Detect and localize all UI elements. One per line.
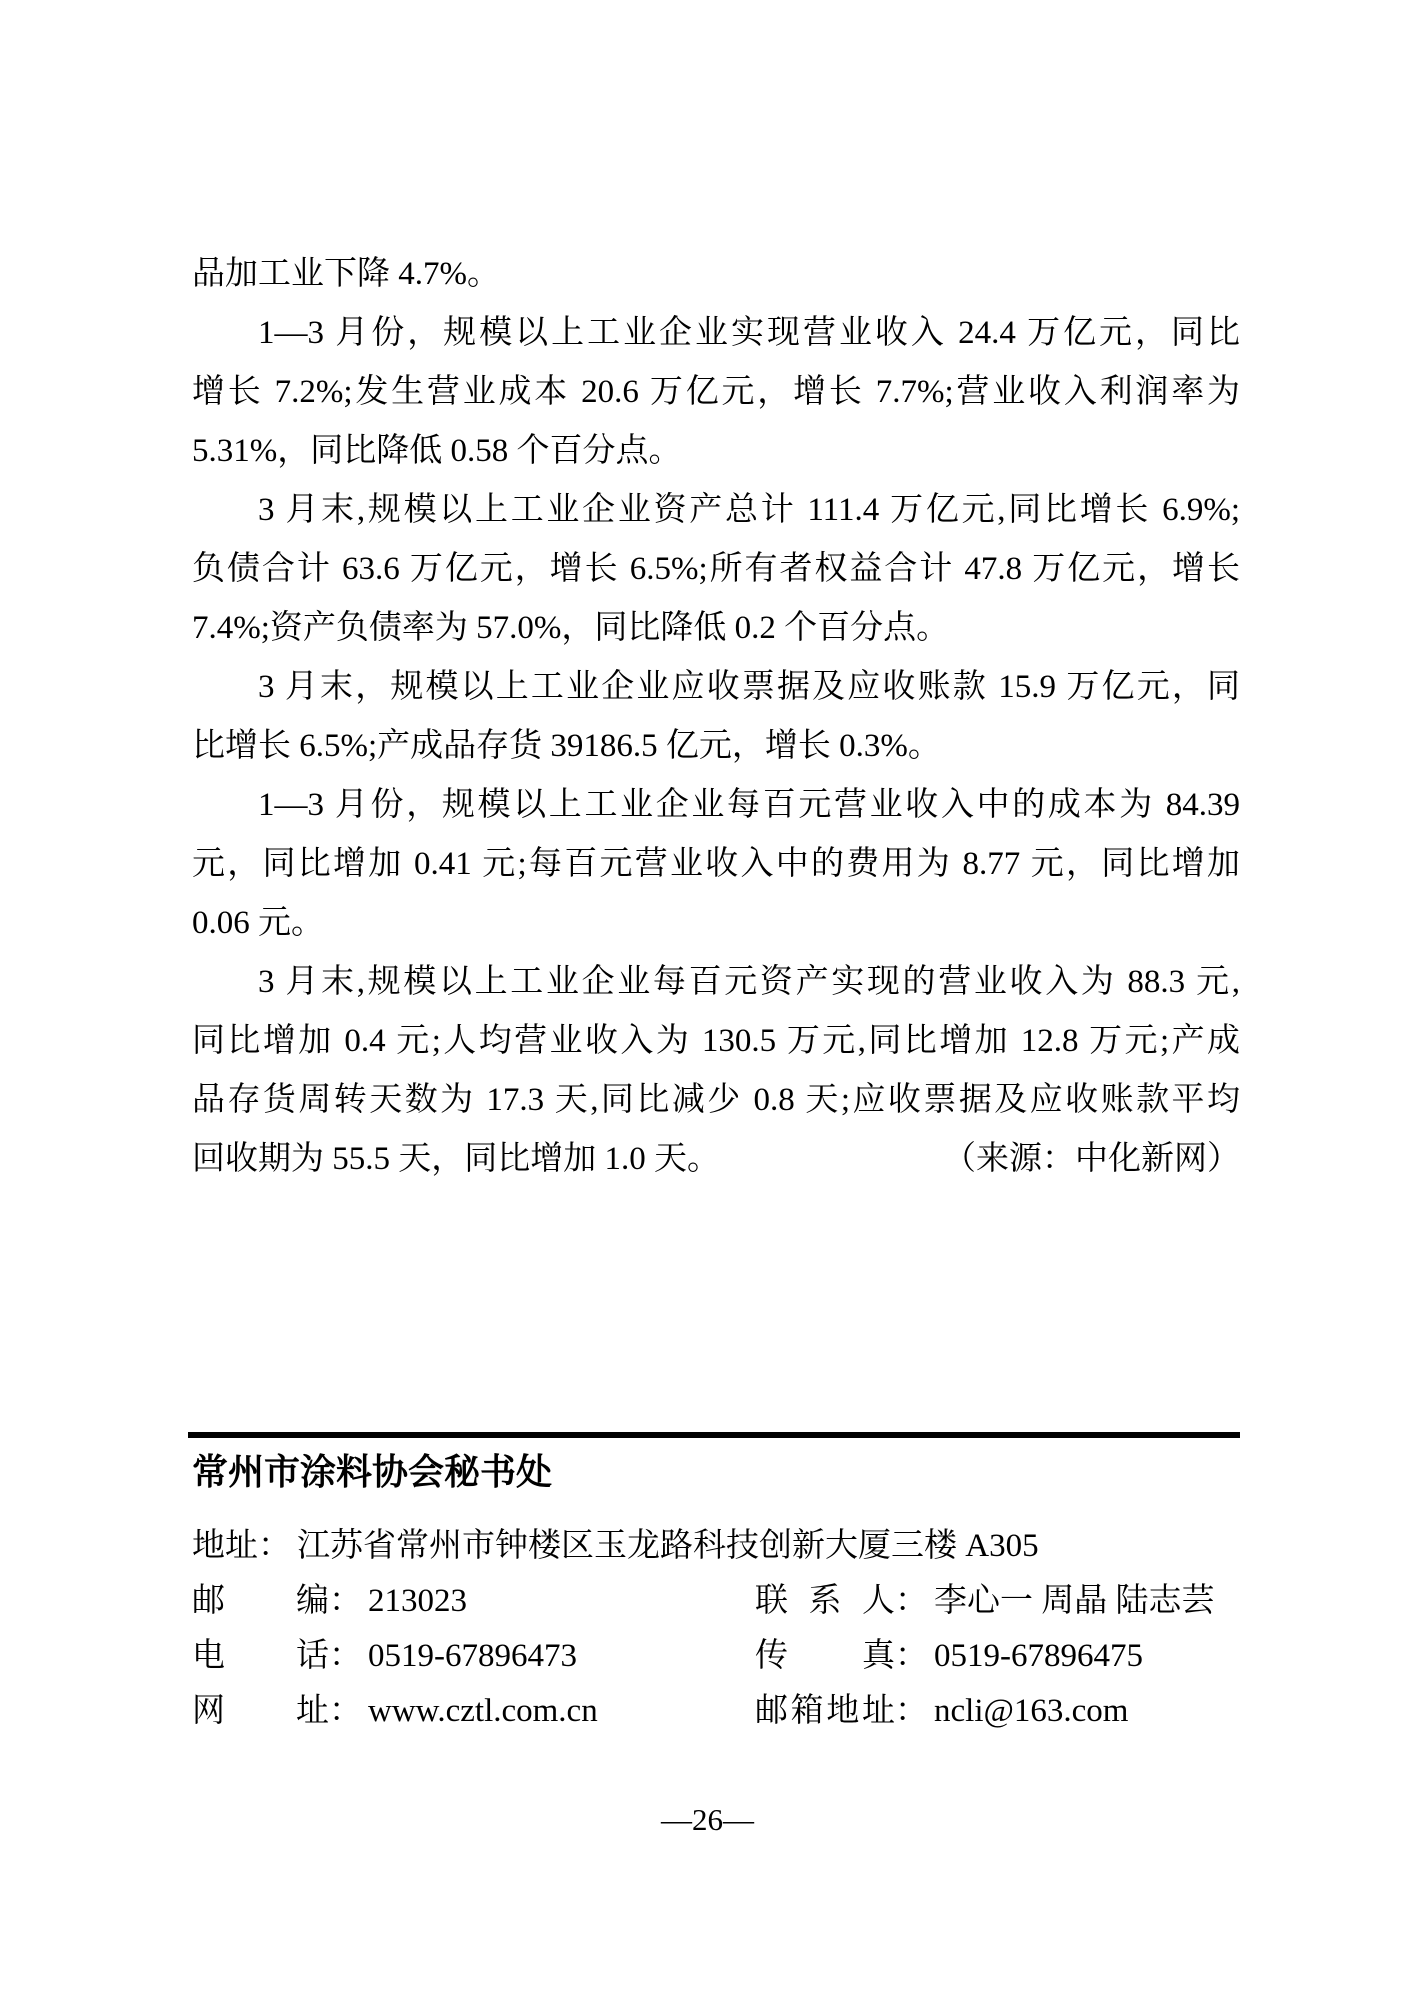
label-colon: ： (329, 1684, 362, 1739)
body-line: 3 月末,规模以上工业企业资产总计 111.4 万亿元,同比增长 6.9%; (192, 481, 1240, 540)
body-line: 比增长 6.5%;产成品存货 39186.5 亿元，增长 0.3%。 (192, 717, 1240, 776)
document-page: 品加工业下降 4.7%。 1—3 月份，规模以上工业企业实现营业收入 24.4 … (0, 0, 1415, 2000)
email-label: 邮箱地址 (755, 1684, 895, 1739)
email-field: 邮箱地址 ： ncli@163.com (755, 1684, 1244, 1739)
body-line: 同比增加 0.4 元;人均营业收入为 130.5 万元,同比增加 12.8 万元… (192, 1012, 1240, 1071)
fax-label: 传真 (755, 1629, 895, 1684)
body-text: 品加工业下降 4.7%。 1—3 月份，规模以上工业企业实现营业收入 24.4 … (192, 245, 1240, 1189)
address-field: 地址 ： 江苏省常州市钟楼区玉龙路科技创新大厦三楼 A305 (192, 1519, 755, 1574)
footer-divider-rule (188, 1432, 1240, 1438)
postcode-value: 213023 (362, 1574, 467, 1629)
body-line: 3 月末,规模以上工业企业每百元资产实现的营业收入为 88.3 元, (192, 953, 1240, 1012)
email-value: ncli@163.com (928, 1684, 1128, 1739)
body-line: 1—3 月份，规模以上工业企业每百元营业收入中的成本为 84.39 (192, 776, 1240, 835)
fax-field: 传真 ： 0519-67896475 (755, 1629, 1244, 1684)
body-line: 品加工业下降 4.7%。 (192, 245, 1240, 304)
address-label: 地址 (192, 1519, 258, 1574)
body-line: 增长 7.2%;发生营业成本 20.6 万亿元，增长 7.7%;营业收入利润率为 (192, 363, 1240, 422)
phone-value: 0519-67896473 (362, 1629, 577, 1684)
contact-row-phone-fax: 电话 ： 0519-67896473 传真 ： 0519-67896475 (192, 1629, 1244, 1684)
body-line: 7.4%;资产负债率为 57.0%，同比降低 0.2 个百分点。 (192, 599, 1240, 658)
label-colon: ： (895, 1629, 928, 1684)
phone-label: 电话 (192, 1629, 329, 1684)
body-line: 品存货周转天数为 17.3 天,同比减少 0.8 天;应收票据及应收账款平均 (192, 1071, 1240, 1130)
fax-value: 0519-67896475 (928, 1629, 1143, 1684)
organization-name: 常州市涂料协会秘书处 (192, 1450, 1240, 1494)
contact-block: 地址 ： 江苏省常州市钟楼区玉龙路科技创新大厦三楼 A305 邮编 ： 2130… (192, 1519, 1244, 1739)
postcode-field: 邮编 ： 213023 (192, 1574, 755, 1629)
label-colon: ： (329, 1629, 362, 1684)
contact-row-website-email: 网址 ： www.cztl.com.cn 邮箱地址 ： ncli@163.com (192, 1684, 1244, 1739)
address-value: 江苏省常州市钟楼区玉龙路科技创新大厦三楼 A305 (291, 1519, 1039, 1574)
body-line-text: 回收期为 55.5 天，同比增加 1.0 天。 (192, 1130, 720, 1189)
body-line: 5.31%，同比降低 0.58 个百分点。 (192, 422, 1240, 481)
website-field: 网址 ： www.cztl.com.cn (192, 1684, 755, 1739)
contact-row-postcode-contacts: 邮编 ： 213023 联系人 ： 李心一 周晶 陆志芸 (192, 1574, 1244, 1629)
postcode-label: 邮编 (192, 1574, 329, 1629)
page-number: —26— (0, 1800, 1415, 1840)
contact-row-address: 地址 ： 江苏省常州市钟楼区玉龙路科技创新大厦三楼 A305 (192, 1519, 1244, 1574)
contact-person-field: 联系人 ： 李心一 周晶 陆志芸 (755, 1574, 1244, 1629)
body-line: 负债合计 63.6 万亿元，增长 6.5%;所有者权益合计 47.8 万亿元，增… (192, 540, 1240, 599)
website-label: 网址 (192, 1684, 329, 1739)
contact-person-label: 联系人 (755, 1574, 895, 1629)
body-line-with-source: 回收期为 55.5 天，同比增加 1.0 天。 （来源：中化新网） (192, 1130, 1240, 1189)
body-line: 元，同比增加 0.41 元;每百元营业收入中的费用为 8.77 元，同比增加 (192, 835, 1240, 894)
body-line: 1—3 月份，规模以上工业企业实现营业收入 24.4 万亿元，同比 (192, 304, 1240, 363)
source-attribution: （来源：中化新网） (943, 1130, 1240, 1189)
label-colon: ： (329, 1574, 362, 1629)
contact-person-value: 李心一 周晶 陆志芸 (928, 1574, 1215, 1629)
label-colon: ： (895, 1684, 928, 1739)
body-line: 0.06 元。 (192, 894, 1240, 953)
body-line: 3 月末，规模以上工业企业应收票据及应收账款 15.9 万亿元，同 (192, 658, 1240, 717)
label-colon: ： (258, 1519, 291, 1574)
phone-field: 电话 ： 0519-67896473 (192, 1629, 755, 1684)
label-colon: ： (895, 1574, 928, 1629)
website-value: www.cztl.com.cn (362, 1684, 598, 1739)
